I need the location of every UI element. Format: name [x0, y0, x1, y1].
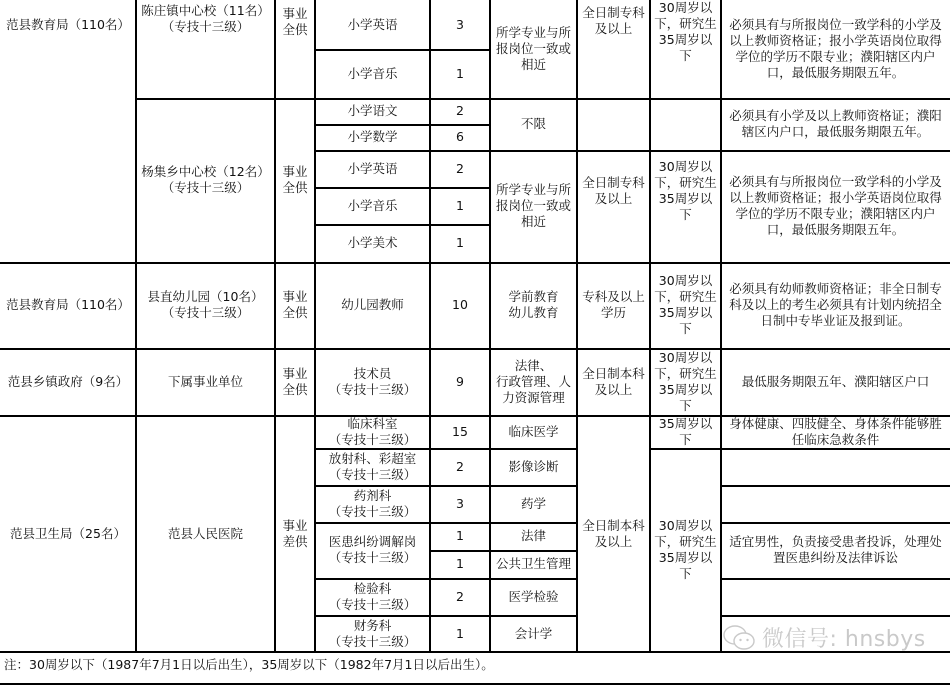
post-cell: 小学数学	[315, 124, 430, 150]
requirement-cell: 必须具有幼师教师资格证；非全日制专科及以上的考生必须具有计划内统招全日制中专毕业…	[721, 262, 950, 348]
count-cell: 1	[430, 224, 490, 262]
unit-cell: 陈庄镇中心校（11名） （专技十三级）	[136, 0, 275, 98]
requirement-cell: 必须具有小学及以上教师资格证；濮阳辖区内户口，最低服务期限五年。	[721, 98, 950, 150]
requirement-cell-empty	[721, 578, 950, 615]
requirement-cell-empty	[721, 448, 950, 485]
unit-cell: 范县人民医院	[136, 415, 275, 652]
grid-line	[314, 578, 577, 580]
major-cell: 法律、 行政管理、人力资源管理	[490, 348, 577, 415]
major-cell: 所学专业与所报岗位一致或相近	[490, 150, 577, 262]
post-cell: 幼儿园教师	[315, 262, 430, 348]
education-cell: 全日制本科及以上	[577, 415, 650, 652]
requirement-cell-empty	[721, 485, 950, 522]
age-cell: 30周岁以下，研究生35周岁以下	[650, 348, 721, 415]
count-cell: 1	[430, 615, 490, 652]
funding-cell: 事业 全供	[275, 348, 315, 415]
count-cell: 2	[430, 98, 490, 124]
post-cell: 检验科 （专技十三级）	[315, 578, 430, 615]
count-cell: 6	[430, 124, 490, 150]
dept-cell: 范县乡镇政府（9名）	[0, 348, 136, 415]
post-cell: 医患纠纷调解岗 （专技十三级）	[315, 522, 430, 578]
recruitment-table: 范县教育局（110名） 陈庄镇中心校（11名） （专技十三级） 事业 全供 小学…	[0, 0, 950, 685]
post-cell: 小学英语	[315, 150, 430, 187]
post-cell: 临床科室 （专技十三级）	[315, 415, 430, 448]
grid-line	[0, 262, 950, 264]
requirement-cell: 身体健康、四肢健全、身体条件能够胜任临床急救条件	[721, 415, 950, 448]
post-cell: 放射科、彩超室 （专技十三级）	[315, 448, 430, 485]
count-cell: 2	[430, 150, 490, 187]
footnote: 注：30周岁以下（1987年7月1日以后出生），35周岁以下（1982年7月1日…	[4, 655, 494, 673]
grid-line	[429, 550, 577, 552]
count-cell: 3	[430, 0, 490, 49]
count-cell: 1	[430, 550, 490, 578]
age-cell: 30周岁以下，研究生35周岁以下	[650, 150, 721, 262]
grid-line	[314, 224, 490, 226]
count-cell: 1	[430, 187, 490, 224]
unit-cell: 县直幼儿园（10名） （专技十三级）	[136, 262, 275, 348]
grid-line	[314, 485, 577, 487]
major-cell: 公共卫生管理	[490, 550, 577, 578]
count-cell: 1	[430, 49, 490, 98]
post-cell: 小学美术	[315, 224, 430, 262]
funding-cell: 事业 全供	[275, 262, 315, 348]
grid-line	[314, 49, 490, 51]
funding-cell: 事业 差供	[275, 415, 315, 652]
major-cell: 所学专业与所报岗位一致或相近	[490, 0, 577, 98]
major-cell: 影像诊断	[490, 448, 577, 485]
funding-cell: 事业 全供	[275, 98, 315, 262]
major-cell: 药学	[490, 485, 577, 522]
age-cell: 30周岁以下，研究生35周岁以下	[650, 262, 721, 348]
grid-line	[0, 683, 950, 685]
count-cell: 2	[430, 578, 490, 615]
count-cell: 3	[430, 485, 490, 522]
major-cell: 医学检验	[490, 578, 577, 615]
grid-line	[720, 522, 950, 524]
grid-line	[314, 150, 950, 152]
major-cell: 不限	[490, 98, 577, 150]
grid-line	[0, 348, 950, 350]
education-cell: 全日制专科及以上	[577, 0, 650, 98]
grid-line	[720, 615, 950, 617]
grid-line	[314, 522, 577, 524]
count-cell: 15	[430, 415, 490, 448]
grid-line	[314, 615, 577, 617]
age-cell: 35周岁以下	[650, 415, 721, 448]
grid-line	[0, 415, 950, 417]
requirement-cell: 必须具有与所报岗位一致学科的小学及以上教师资格证；报小学英语岗位取得学位的学历不…	[721, 150, 950, 262]
education-cell: 全日制专科及以上	[577, 150, 650, 262]
funding-cell: 事业 全供	[275, 0, 315, 98]
grid-line	[720, 485, 950, 487]
major-cell: 临床医学	[490, 415, 577, 448]
grid-line	[314, 448, 577, 450]
post-cell: 小学音乐	[315, 187, 430, 224]
post-cell: 小学英语	[315, 0, 430, 49]
count-cell: 1	[430, 522, 490, 550]
age-cell: 30周岁以下，研究生35周岁以下	[650, 448, 721, 652]
major-cell: 法律	[490, 522, 577, 550]
post-cell: 财务科 （专技十三级）	[315, 615, 430, 652]
post-cell: 药剂科 （专技十三级）	[315, 485, 430, 522]
grid-line	[0, 651, 950, 653]
post-cell: 小学音乐	[315, 49, 430, 98]
unit-cell: 下属事业单位	[136, 348, 275, 415]
count-cell: 2	[430, 448, 490, 485]
requirement-cell-empty	[721, 615, 950, 652]
education-cell: 专科及以上 学历	[577, 262, 650, 348]
dept-cell: 范县教育局（110名）	[0, 262, 136, 348]
unit-cell: 杨集乡中心校（12名） （专技十三级）	[136, 98, 275, 262]
requirement-cell: 适宜男性，负责接受患者投诉，处理处置医患纠纷及法律诉讼	[721, 522, 950, 578]
major-cell: 学前教育 幼儿教育	[490, 262, 577, 348]
requirement-cell: 最低服务期限五年、濮阳辖区户口	[721, 348, 950, 415]
grid-line	[135, 98, 950, 100]
age-cell: 30周岁以下，研究生35周岁以下	[650, 0, 721, 98]
post-cell: 小学语文	[315, 98, 430, 124]
count-cell: 10	[430, 262, 490, 348]
grid-line	[314, 187, 490, 189]
major-cell: 会计学	[490, 615, 577, 652]
count-cell: 9	[430, 348, 490, 415]
education-cell: 全日制本科及以上	[577, 348, 650, 415]
dept-cell: 范县卫生局（25名）	[0, 415, 136, 652]
post-cell: 技术员 （专技十三级）	[315, 348, 430, 415]
grid-line	[720, 578, 950, 580]
dept-cell: 范县教育局（110名）	[0, 0, 136, 49]
grid-line	[649, 448, 950, 450]
requirement-cell: 必须具有与所报岗位一致学科的小学及以上教师资格证；报小学英语岗位取得学位的学历不…	[721, 0, 950, 98]
grid-line	[314, 124, 490, 126]
